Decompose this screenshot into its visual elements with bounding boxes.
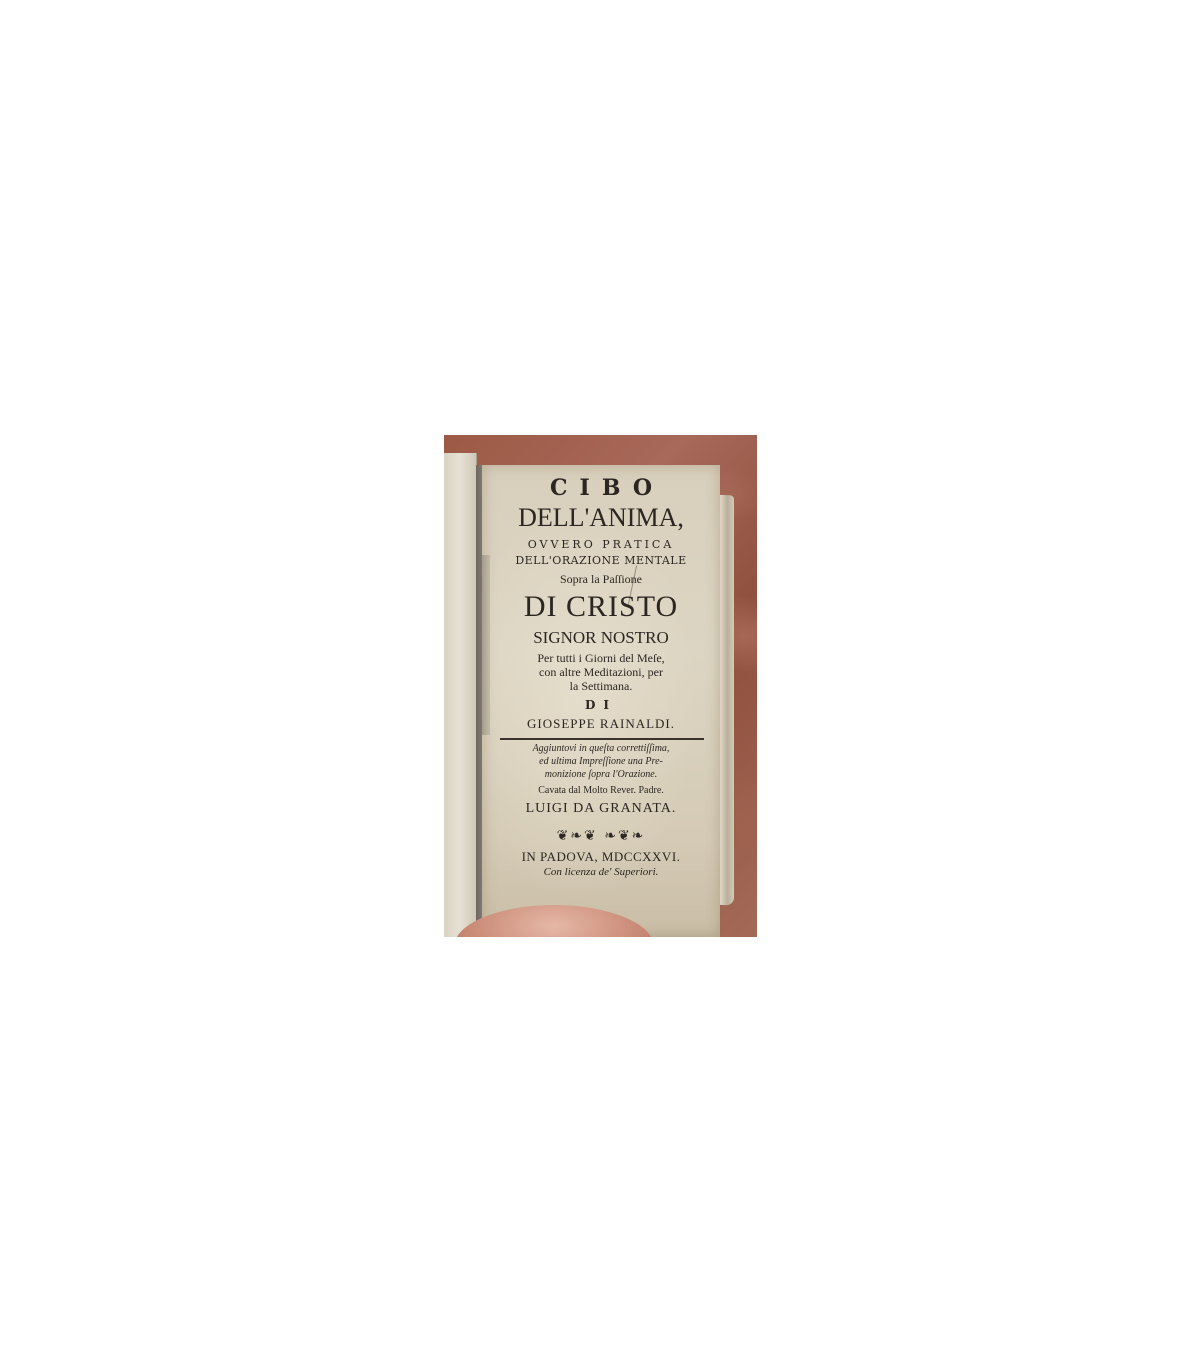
facing-blank-page xyxy=(444,453,477,937)
addition-note-line-2: ed ultima Impreſſione una Pre- xyxy=(482,756,720,767)
imprint-license: Con licenza de' Superiori. xyxy=(482,866,720,878)
title-cibo: CIBO xyxy=(482,475,720,501)
addition-note-line-3: monizione ſopra l'Orazione. xyxy=(482,769,720,780)
addition-note-line-1: Aggiuntovi in queſta correttiſſima, xyxy=(482,743,720,754)
title-dell-anima: DELL'ANIMA, xyxy=(482,503,720,533)
imprint-place-date: IN PADOVA, MDCCXXVI. xyxy=(482,849,720,865)
subtitle-sopra-la-passione: Sopra la Paſſione xyxy=(482,572,720,587)
title-di-cristo: DI CRISTO xyxy=(482,590,720,624)
printer-ornament-icon: ❦❧❦ ❧❦❧ xyxy=(482,828,720,844)
title-page: CIBO DELL'ANIMA, OVVERO PRATICA DELL'ORA… xyxy=(482,465,720,937)
description-line-3: la Settimana. xyxy=(482,679,720,694)
book-photo: CIBO DELL'ANIMA, OVVERO PRATICA DELL'ORA… xyxy=(444,435,757,937)
byline-di: DI xyxy=(482,698,720,712)
source-note: Cavata dal Molto Rever. Padre. xyxy=(482,785,720,796)
description-line-1: Per tutti i Giorni del Meſe, xyxy=(482,651,720,666)
author-name: GIOSEPPE RAINALDI. xyxy=(482,716,720,732)
source-author: LUIGI DA GRANATA. xyxy=(482,801,720,817)
title-signor-nostro: SIGNOR NOSTRO xyxy=(482,628,720,648)
subtitle-orazione-mentale: DELL'ORAZIONE MENTALE xyxy=(482,554,720,567)
horizontal-rule xyxy=(500,738,704,740)
subtitle-ovvero-pratica: OVVERO PRATICA xyxy=(482,538,720,551)
description-line-2: con altre Meditazioni, per xyxy=(482,665,720,680)
